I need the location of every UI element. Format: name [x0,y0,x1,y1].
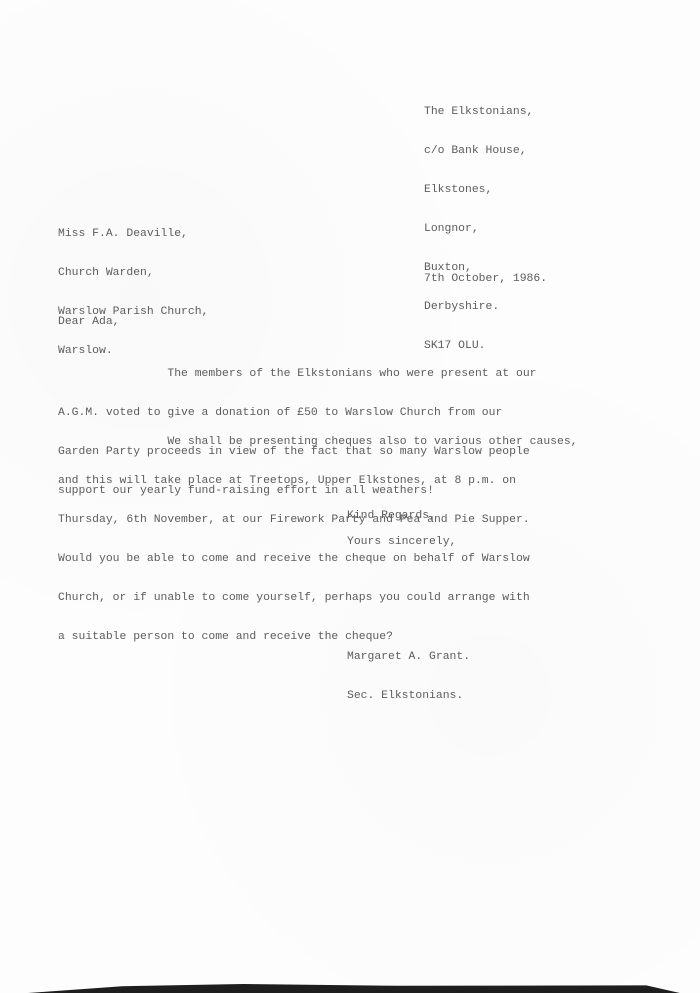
letter-page: The Elkstonians, c/o Bank House, Elkston… [0,0,700,993]
signature-block: Margaret A. Grant. Sec. Elkstonians. [347,625,470,729]
sender-address-line: c/o Bank House, [424,145,533,158]
paragraph-line: Church, or if unable to come yourself, p… [58,592,578,605]
paragraph-line: The members of the Elkstonians who were … [58,368,537,381]
sender-address: The Elkstonians, c/o Bank House, Elkston… [424,80,533,379]
closing-regards: Kind Regards, [347,510,436,523]
paragraph-line: We shall be presenting cheques also to v… [58,436,578,449]
closing-sincerely: Yours sincerely, [347,536,456,549]
sender-address-line: Derbyshire. [424,301,533,314]
signature-title: Sec. Elkstonians. [347,690,470,703]
recipient-address-line: Miss F.A. Deaville, [58,228,208,241]
sender-address-line: Elkstones, [424,184,533,197]
paragraph-line: Thursday, 6th November, at our Firework … [58,514,578,527]
paragraph-line: a suitable person to come and receive th… [58,631,578,644]
sender-address-line: The Elkstonians, [424,106,533,119]
salutation: Dear Ada, [58,316,120,329]
paragraph-line: and this will take place at Treetops, Up… [58,475,578,488]
signature-name: Margaret A. Grant. [347,651,470,664]
body-paragraph-2: We shall be presenting cheques also to v… [58,410,578,670]
letter-date: 7th October, 1986. [424,273,547,286]
recipient-address-line: Church Warden, [58,267,208,280]
sender-address-line: Longnor, [424,223,533,236]
paragraph-line: Would you be able to come and receive th… [58,553,578,566]
scan-edge-shadow [28,984,700,993]
